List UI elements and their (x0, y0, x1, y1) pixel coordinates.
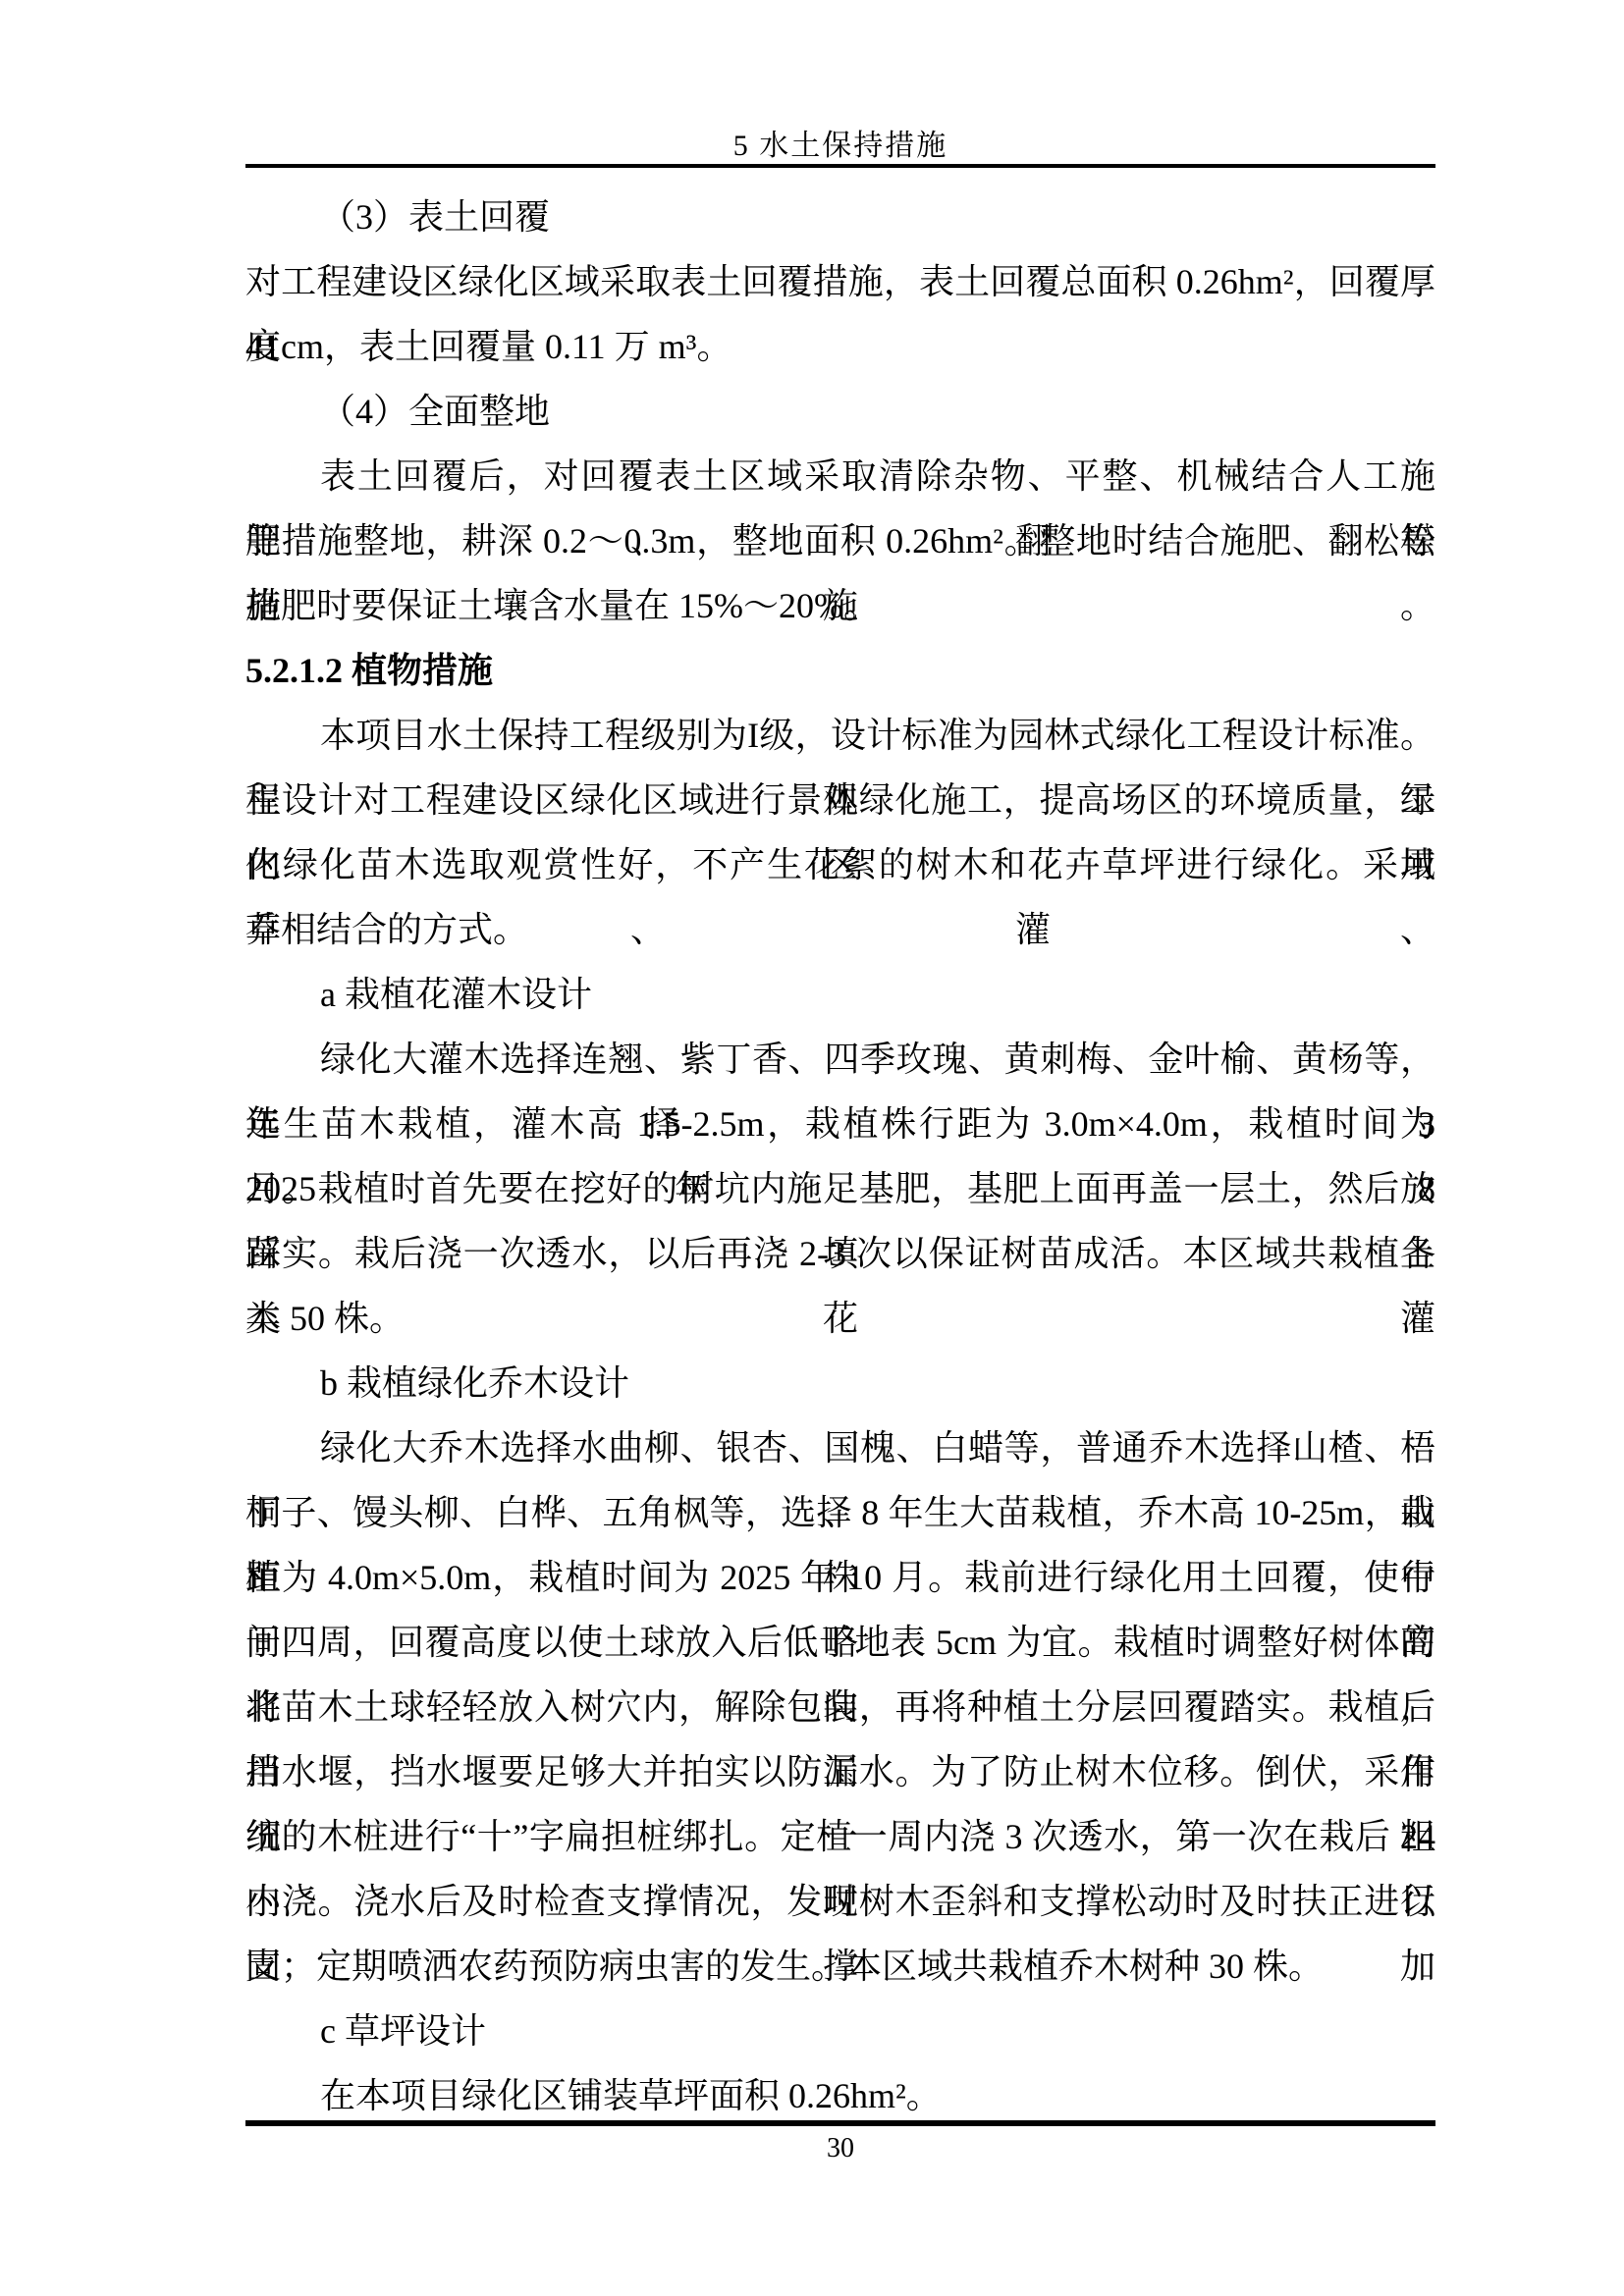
text-line: 程设计对工程建设区绿化区域进行景观绿化施工，提高场区的环境质量，绿化区域 (245, 768, 1435, 832)
text-line: 细的木桩进行“十”字扁担桩绑扎。定植一周内浇 3 次透水，第一次在栽后 24 小… (245, 1804, 1435, 1869)
text-line: 5.2.1.2 植物措施 (245, 638, 1435, 703)
text-line: b 栽植绿化乔木设计 (245, 1351, 1435, 1415)
text-line: 将苗木土球轻轻放入树穴内，解除包装，再将种植土分层回覆踏实。栽植后用工作 (245, 1675, 1435, 1739)
text-line: 固；定期喷洒农药预防病虫害的发生。本区域共栽植乔木树种 30 株。 (245, 1934, 1435, 1999)
text-line: 踩实。栽后浇一次透水，以后再浇 2-3 次以保证树苗成活。本区域共栽植各类花灌 (245, 1221, 1435, 1286)
text-line: 月。栽植时首先要在挖好的树坑内施足基肥，基肥上面再盖一层土，然后放苗填土 (245, 1156, 1435, 1221)
text-line: （4）全面整地 (245, 379, 1435, 444)
document-body: （3）表土回覆对工程建设区绿化区域采取表土回覆措施，表土回覆总面积 0.26hm… (245, 185, 1435, 2128)
text-line: 丁子、馒头柳、白桦、五角枫等，选择 8 年生大苗栽植，乔木高 10-25m，栽植… (245, 1480, 1435, 1545)
text-line: 对工程建设区绿化区域采取表土回覆措施，表土回覆总面积 0.26hm²，回覆厚度 (245, 249, 1435, 314)
text-line: 内绿化苗木选取观赏性好，不产生花絮的树木和花卉草坪进行绿化。采用乔、灌、 (245, 832, 1435, 897)
text-line: 于四周，回覆高度以使土球放入后低于地表 5cm 为宜。栽植时调整好树体的北向， (245, 1610, 1435, 1675)
text-line: 绿化大灌木选择连翘、紫丁香、四季玫瑰、黄刺梅、金叶榆、黄杨等，选择 3 (245, 1027, 1435, 1092)
page-number: 30 (245, 2132, 1435, 2165)
text-line: 距为 4.0m×5.0m，栽植时间为 2025 年 10 月。栽前进行绿化用土回… (245, 1545, 1435, 1610)
text-line: 41cm，表土回覆量 0.11 万 m³。 (245, 314, 1435, 379)
text-line: a 栽植花灌木设计 (245, 962, 1435, 1027)
page-header-title: 5 水土保持措施 (245, 129, 1435, 164)
text-line: 年生苗木栽植，灌木高 1.5-2.5m，栽植株行距为 3.0m×4.0m，栽植时… (245, 1092, 1435, 1156)
text-line: （3）表土回覆 (245, 185, 1435, 249)
document-page: { "colors": { "text": "#000000", "backgr… (0, 0, 1624, 2296)
text-line: 在本项目绿化区铺装草坪面积 0.26hm²。 (245, 2063, 1435, 2128)
text-line: 表土回覆后，对回覆表土区域采取清除杂物、平整、机械结合人工施肥、翻松 (245, 444, 1435, 508)
text-line: 等措施整地，耕深 0.2～0.3m，整地面积 0.26hm²。整地时结合施肥、翻… (245, 508, 1435, 573)
text-line: 本项目水土保持工程级别为I级，设计标准为园林式绿化工程设计标准。主体工 (245, 703, 1435, 768)
text-line: c 草坪设计 (245, 1999, 1435, 2063)
footer-rule (245, 2120, 1435, 2126)
text-line: 挡水堰，挡水堰要足够大并拍实以防漏水。为了防止树木位移。倒伏，采用统一粗 (245, 1739, 1435, 1804)
text-line: 绿化大乔木选择水曲柳、银杏、国槐、白蜡等，普通乔木选择山楂、梧桐、山 (245, 1415, 1435, 1480)
text-line: 内浇。浇水后及时检查支撑情况，发现树木歪斜和支撑松动时及时扶正进行支撑加 (245, 1869, 1435, 1934)
header-rule (245, 164, 1435, 168)
